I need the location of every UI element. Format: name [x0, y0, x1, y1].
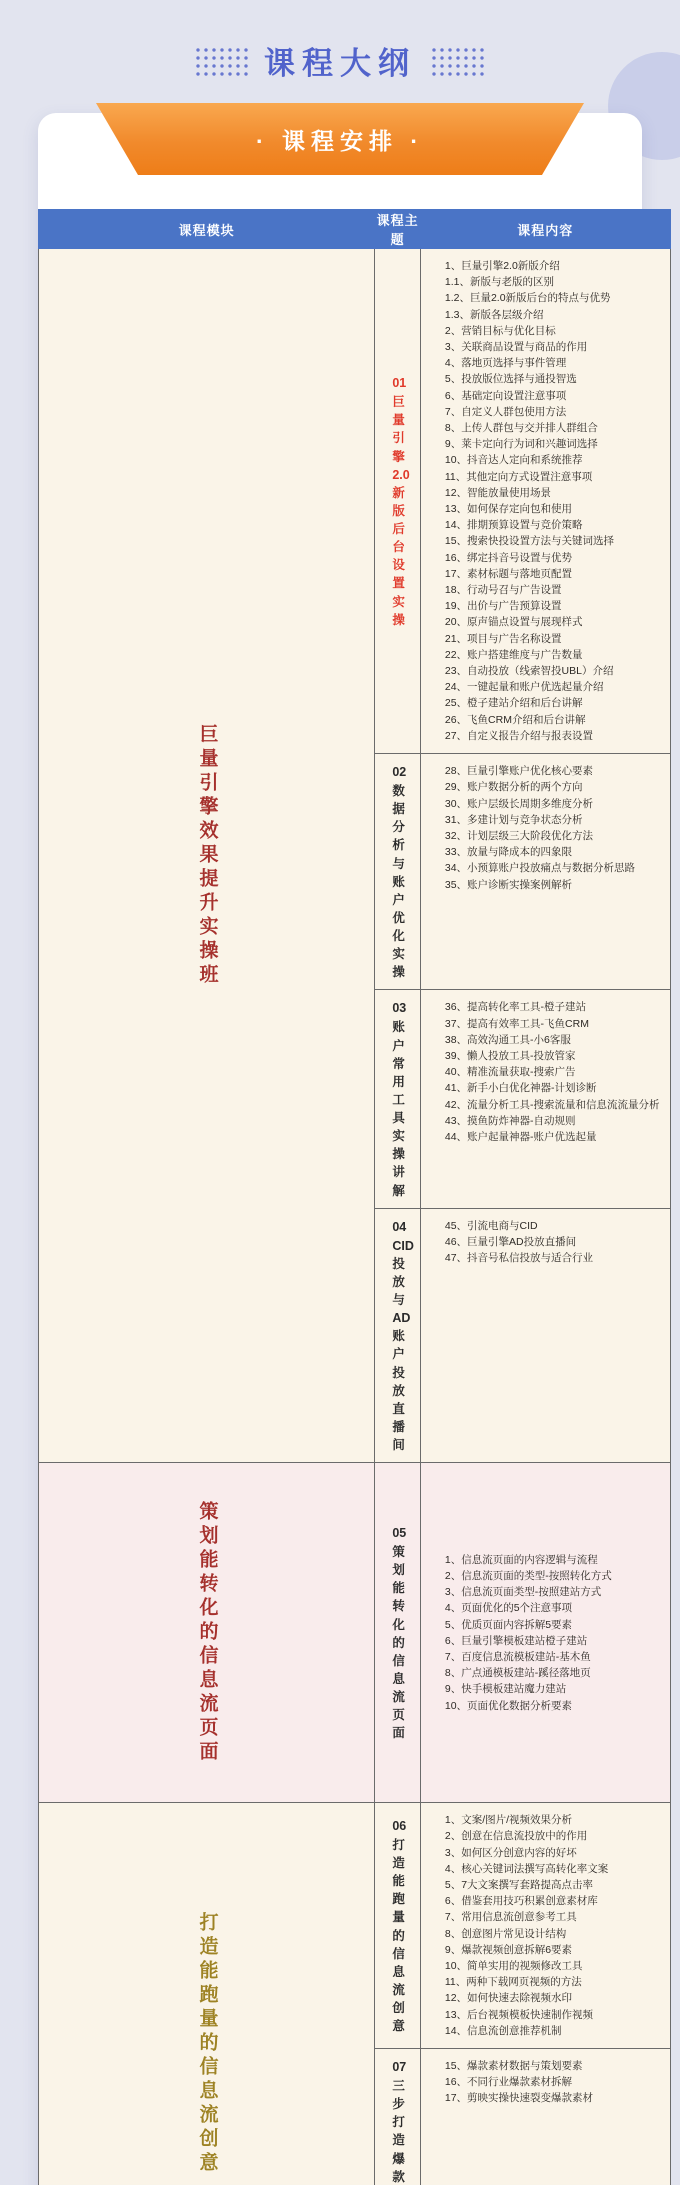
content-item: 5、优质页面内容拆解5要素: [445, 1617, 660, 1633]
module-label-text: 策划能转化的信息流页面: [194, 1501, 220, 1765]
content-item: 11、其他定向方式设置注意事项: [445, 469, 660, 485]
topic-title: 账户常用工具实操讲解: [392, 1018, 414, 1199]
content-cell-07: 15、爆款素材数据与策划要素16、不同行业爆款素材拆解17、剪映实操快速裂变爆款…: [420, 2049, 670, 2185]
content-cell-01: 1、巨量引擎2.0新版介绍1.1、新版与老版的区别1.2、巨量2.0新版后台的特…: [420, 249, 670, 754]
topic-number: 02: [392, 762, 414, 782]
content-item: 32、计划层级三大阶段优化方法: [445, 828, 660, 844]
content-item: 22、账户搭建维度与广告数量: [445, 647, 660, 663]
content-item: 37、提高有效率工具-飞鱼CRM: [445, 1016, 660, 1032]
content-item: 10、页面优化数据分析要素: [445, 1698, 660, 1714]
content-item: 36、提高转化率工具-橙子建站: [445, 999, 660, 1015]
content-item: 8、广点通模板建站-蹊径落地页: [445, 1665, 660, 1681]
content-cell-03: 36、提高转化率工具-橙子建站37、提高有效率工具-飞鱼CRM38、高效沟通工具…: [420, 990, 670, 1208]
column-header-topic: 课程主题: [375, 210, 421, 249]
content-item: 13、如何保存定向包和使用: [445, 501, 660, 517]
content-cell-04: 45、引流电商与CID46、巨量引擎AD投放直播间47、抖音号私信投放与适合行业: [420, 1208, 670, 1463]
content-item: 7、常用信息流创意参考工具: [445, 1909, 660, 1925]
course-row-05: 策划能转化的信息流页面05策划能转化的信息流页面1、信息流页面的内容逻辑与流程2…: [39, 1463, 671, 1803]
content-item: 30、账户层级长周期多维度分析: [445, 796, 660, 812]
schedule-banner-label: · 课程安排 ·: [256, 123, 424, 156]
topic-number: 03: [392, 998, 414, 1018]
content-item: 10、抖音达人定向和系统推荐: [445, 452, 660, 468]
dots-decoration-right: [430, 46, 486, 76]
topic-cell-07: 07三步打造爆款信息流创意: [375, 2049, 421, 2185]
content-item: 5、投放版位选择与通投智选: [445, 371, 660, 387]
content-cell-06: 1、文案/图片/视频效果分析2、创意在信息流投放中的作用3、如何区分创意内容的好…: [420, 1803, 670, 2049]
course-table-header: 课程模块 课程主题 课程内容: [39, 210, 671, 249]
content-item: 1、巨量引擎2.0新版介绍: [445, 258, 660, 274]
content-item: 8、创意图片常见设计结构: [445, 1926, 660, 1942]
content-item: 6、借鉴套用技巧积累创意素材库: [445, 1893, 660, 1909]
content-item: 10、简单实用的视频修改工具: [445, 1958, 660, 1974]
content-item: 13、后台视频模板快速制作视频: [445, 2007, 660, 2023]
content-item: 17、素材标题与落地页配置: [445, 566, 660, 582]
content-item: 41、新手小白优化神器-计划诊断: [445, 1080, 660, 1096]
content-item: 7、自定义人群包使用方法: [445, 404, 660, 420]
content-item: 1、文案/图片/视频效果分析: [445, 1812, 660, 1828]
topic-cell-02: 02数据分析与账户优化实操: [375, 754, 421, 990]
content-item: 4、落地页选择与事件管理: [445, 355, 660, 371]
topic-cell-06: 06打造能跑量的信息流创意: [375, 1803, 421, 2049]
topic-cell-01: 01巨量引擎2.0新版后台设置实操: [375, 249, 421, 754]
content-item: 16、绑定抖音号设置与优势: [445, 550, 660, 566]
content-item: 17、剪映实操快速裂变爆款素材: [445, 2090, 660, 2106]
content-item: 23、自动投放（线索智投UBL）介绍: [445, 663, 660, 679]
content-item: 25、橙子建站介绍和后台讲解: [445, 695, 660, 711]
course-table: 课程模块 课程主题 课程内容 巨量引擎效果提升实操班01巨量引擎2.0新版后台设…: [38, 209, 671, 2185]
content-item: 33、放量与降成本的四象限: [445, 844, 660, 860]
content-item: 35、账户诊断实操案例解析: [445, 877, 660, 893]
column-header-module: 课程模块: [39, 210, 375, 249]
topic-cell-05: 05策划能转化的信息流页面: [375, 1463, 421, 1803]
content-item: 9、爆款视频创意拆解6要素: [445, 1942, 660, 1958]
course-table-body: 巨量引擎效果提升实操班01巨量引擎2.0新版后台设置实操1、巨量引擎2.0新版介…: [39, 249, 671, 2185]
content-item: 34、小预算账户投放痛点与数据分析思路: [445, 860, 660, 876]
course-card: · 课程安排 · 课程模块 课程主题 课程内容 巨量引擎效果提升实操班01巨量引…: [38, 113, 642, 2185]
content-item: 3、关联商品设置与商品的作用: [445, 339, 660, 355]
topic-cell-03: 03账户常用工具实操讲解: [375, 990, 421, 1208]
content-item: 5、7大文案撰写套路提高点击率: [445, 1877, 660, 1893]
topic-title: 数据分析与账户优化实操: [392, 782, 414, 981]
content-item: 40、精准流量获取-搜索广告: [445, 1064, 660, 1080]
content-item: 6、巨量引擎模板建站橙子建站: [445, 1633, 660, 1649]
content-item: 47、抖音号私信投放与适合行业: [445, 1250, 660, 1266]
page-title: 课程大纲: [264, 38, 416, 83]
content-item: 11、两种下载网页视频的方法: [445, 1974, 660, 1990]
content-item: 2、信息流页面的类型-按照转化方式: [445, 1568, 660, 1584]
content-item: 15、爆款素材数据与策划要素: [445, 2058, 660, 2074]
module-label-2: 策划能转化的信息流页面: [39, 1463, 375, 1803]
content-item: 6、基础定向设置注意事项: [445, 388, 660, 404]
content-item: 28、巨量引擎账户优化核心要素: [445, 763, 660, 779]
content-item: 29、账户数据分析的两个方向: [445, 779, 660, 795]
content-item: 42、流量分析工具-搜索流量和信息流流量分析: [445, 1097, 660, 1113]
topic-number: 01: [392, 373, 414, 393]
content-item: 39、懒人投放工具-投放管家: [445, 1048, 660, 1064]
content-item: 38、高效沟通工具-小6客服: [445, 1032, 660, 1048]
column-header-content: 课程内容: [420, 210, 670, 249]
dots-decoration-left: [194, 46, 250, 76]
content-item: 26、飞鱼CRM介绍和后台讲解: [445, 712, 660, 728]
topic-title: CID投放与AD账户投放直播间: [392, 1237, 414, 1455]
module-label-text: 打造能跑量的信息流创意: [194, 1912, 220, 2176]
content-item: 45、引流电商与CID: [445, 1218, 660, 1234]
content-item: 3、信息流页面类型-按照建站方式: [445, 1584, 660, 1600]
content-item: 27、自定义报告介绍与报表设置: [445, 728, 660, 744]
topic-number: 06: [392, 1816, 414, 1836]
course-row-01: 巨量引擎效果提升实操班01巨量引擎2.0新版后台设置实操1、巨量引擎2.0新版介…: [39, 249, 671, 754]
content-item: 9、快手模板建站魔力建站: [445, 1681, 660, 1697]
content-item: 19、出价与广告预算设置: [445, 598, 660, 614]
topic-number: 05: [392, 1523, 414, 1543]
page-header: 课程大纲: [0, 0, 680, 83]
content-item: 14、信息流创意推荐机制: [445, 2023, 660, 2039]
content-item: 24、一键起量和账户优选起量介绍: [445, 679, 660, 695]
content-item: 20、原声锚点设置与展现样式: [445, 614, 660, 630]
content-item: 4、页面优化的5个注意事项: [445, 1600, 660, 1616]
course-row-06: 打造能跑量的信息流创意06打造能跑量的信息流创意1、文案/图片/视频效果分析2、…: [39, 1803, 671, 2049]
content-item: 3、如何区分创意内容的好坏: [445, 1845, 660, 1861]
content-item: 2、创意在信息流投放中的作用: [445, 1828, 660, 1844]
content-item: 31、多建计划与竞争状态分析: [445, 812, 660, 828]
content-item: 4、核心关键词法撰写高转化率文案: [445, 1861, 660, 1877]
content-cell-02: 28、巨量引擎账户优化核心要素29、账户数据分析的两个方向30、账户层级长周期多…: [420, 754, 670, 990]
content-item: 1.2、巨量2.0新版后台的特点与优势: [445, 290, 660, 306]
content-item: 1、信息流页面的内容逻辑与流程: [445, 1552, 660, 1568]
topic-number: 07: [392, 2057, 414, 2077]
content-cell-05: 1、信息流页面的内容逻辑与流程2、信息流页面的类型-按照转化方式3、信息流页面类…: [420, 1463, 670, 1803]
content-item: 43、摸鱼防炸神器-自动规则: [445, 1113, 660, 1129]
content-item: 1.3、新版各层级介绍: [445, 307, 660, 323]
content-item: 14、排期预算设置与竞价策略: [445, 517, 660, 533]
content-item: 1.1、新版与老版的区别: [445, 274, 660, 290]
module-label-3: 打造能跑量的信息流创意: [39, 1803, 375, 2185]
topic-title: 策划能转化的信息流页面: [392, 1543, 414, 1742]
content-item: 15、搜索快投设置方法与关键词选择: [445, 533, 660, 549]
content-item: 8、上传人群包与交并排人群组合: [445, 420, 660, 436]
content-item: 12、智能放量使用场景: [445, 485, 660, 501]
content-item: 7、百度信息流模板建站-基木鱼: [445, 1649, 660, 1665]
content-item: 44、账户起量神器-账户优选起量: [445, 1129, 660, 1145]
content-item: 16、不同行业爆款素材拆解: [445, 2074, 660, 2090]
content-item: 46、巨量引擎AD投放直播间: [445, 1234, 660, 1250]
content-item: 2、营销目标与优化目标: [445, 323, 660, 339]
schedule-banner: · 课程安排 ·: [82, 103, 598, 175]
topic-title: 巨量引擎2.0新版后台设置实操: [392, 393, 414, 629]
topic-title: 三步打造爆款信息流创意: [392, 2077, 414, 2185]
module-label-text: 巨量引擎效果提升实操班: [194, 724, 220, 988]
topic-number: 04: [392, 1217, 414, 1237]
content-item: 12、如何快速去除视频水印: [445, 1990, 660, 2006]
topic-cell-04: 04CID投放与AD账户投放直播间: [375, 1208, 421, 1463]
content-item: 9、莱卡定向行为词和兴趣词选择: [445, 436, 660, 452]
topic-title: 打造能跑量的信息流创意: [392, 1836, 414, 2035]
content-item: 18、行动号召与广告设置: [445, 582, 660, 598]
content-item: 21、项目与广告名称设置: [445, 631, 660, 647]
module-label-1: 巨量引擎效果提升实操班: [39, 249, 375, 1463]
